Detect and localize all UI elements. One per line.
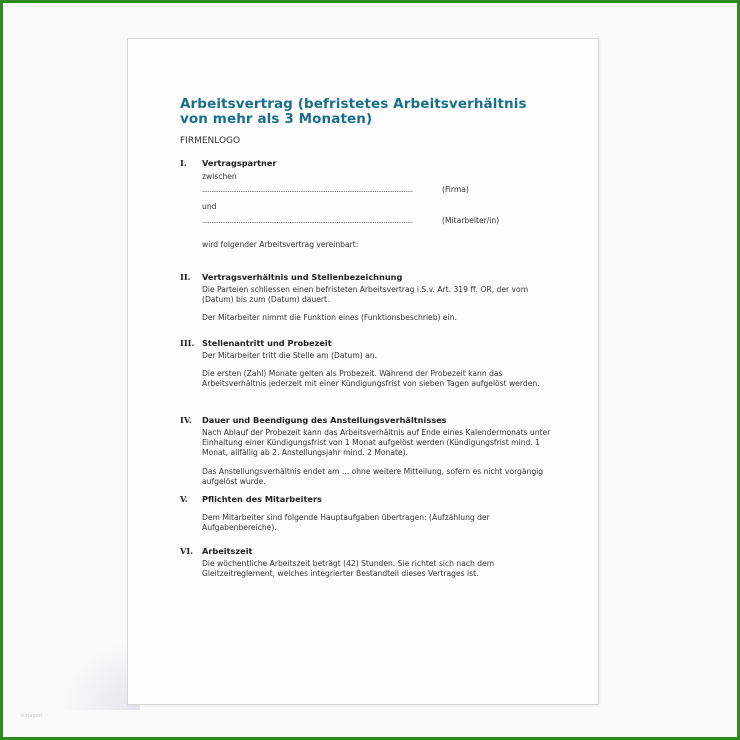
section-number: VI. <box>180 546 202 557</box>
section-heading: Stellenantritt und Probezeit <box>202 338 332 349</box>
agreement-text: wird folgender Arbeitsvertrag vereinbart… <box>202 240 560 250</box>
section-paragraph: Das Anstellungsverhältnis endet am ... o… <box>202 467 560 487</box>
section-paragraph: Dem Mitarbeiter sind folgende Hauptaufga… <box>202 513 560 533</box>
between-text: zwischen <box>202 172 560 182</box>
and-text: und <box>202 202 560 212</box>
section-heading: Vertragspartner <box>202 158 276 169</box>
document-title: Arbeitsvertrag (befristetes Arbeitsverhä… <box>180 97 580 127</box>
section-paragraph: Der Mitarbeiter nimmt die Funktion eines… <box>202 313 560 323</box>
title-line-2: von mehr als 3 Monaten) <box>180 112 580 127</box>
company-logo-placeholder: FIRMENLOGO <box>180 136 240 146</box>
section-4: IV.Dauer und Beendigung des Anstellungsv… <box>180 415 560 487</box>
section-5: V.Pflichten des Mitarbeiters Dem Mitarbe… <box>180 494 560 533</box>
section-paragraph: Nach Ablauf der Probezeit kann das Arbei… <box>202 428 560 459</box>
document-page: Arbeitsvertrag (befristetes Arbeitsverhä… <box>127 38 599 705</box>
title-line-1: Arbeitsvertrag (befristetes Arbeitsverhä… <box>180 97 580 112</box>
section-number: III. <box>180 338 202 349</box>
fill-dots: ........................................… <box>202 185 442 195</box>
party2-line: ........................................… <box>202 216 560 226</box>
section-paragraph: Die ersten (Zahl) Monate gelten als Prob… <box>202 369 560 389</box>
watermark: Vorlagen <box>20 713 42 719</box>
section-3: III.Stellenantritt und Probezeit Der Mit… <box>180 338 560 390</box>
section-6: VI.Arbeitszeit Die wöchentliche Arbeitsz… <box>180 546 560 579</box>
section-heading: Pflichten des Mitarbeiters <box>202 494 322 505</box>
fill-dots: ........................................… <box>202 216 442 226</box>
party1-line: ........................................… <box>202 185 560 195</box>
section-number: IV. <box>180 415 202 426</box>
section-number: V. <box>180 494 202 505</box>
section-number: II. <box>180 272 202 283</box>
section-1: I.Vertragspartner zwischen .............… <box>180 158 560 250</box>
section-paragraph: Der Mitarbeiter tritt die Stelle am (Dat… <box>202 351 560 361</box>
section-paragraph: Die wöchentliche Arbeitszeit beträgt (42… <box>202 559 560 579</box>
section-2: II.Vertragsverhältnis und Stellenbezeich… <box>180 272 560 324</box>
party2-label: (Mitarbeiter/in) <box>442 216 499 226</box>
section-heading: Dauer und Beendigung des Anstellungsverh… <box>202 415 447 426</box>
section-heading: Vertragsverhältnis und Stellenbezeichnun… <box>202 272 402 283</box>
section-paragraph: Die Parteien schliessen einen befristete… <box>202 285 560 305</box>
party1-label: (Firma) <box>442 185 469 195</box>
section-number: I. <box>180 158 202 169</box>
section-heading: Arbeitszeit <box>202 546 252 557</box>
